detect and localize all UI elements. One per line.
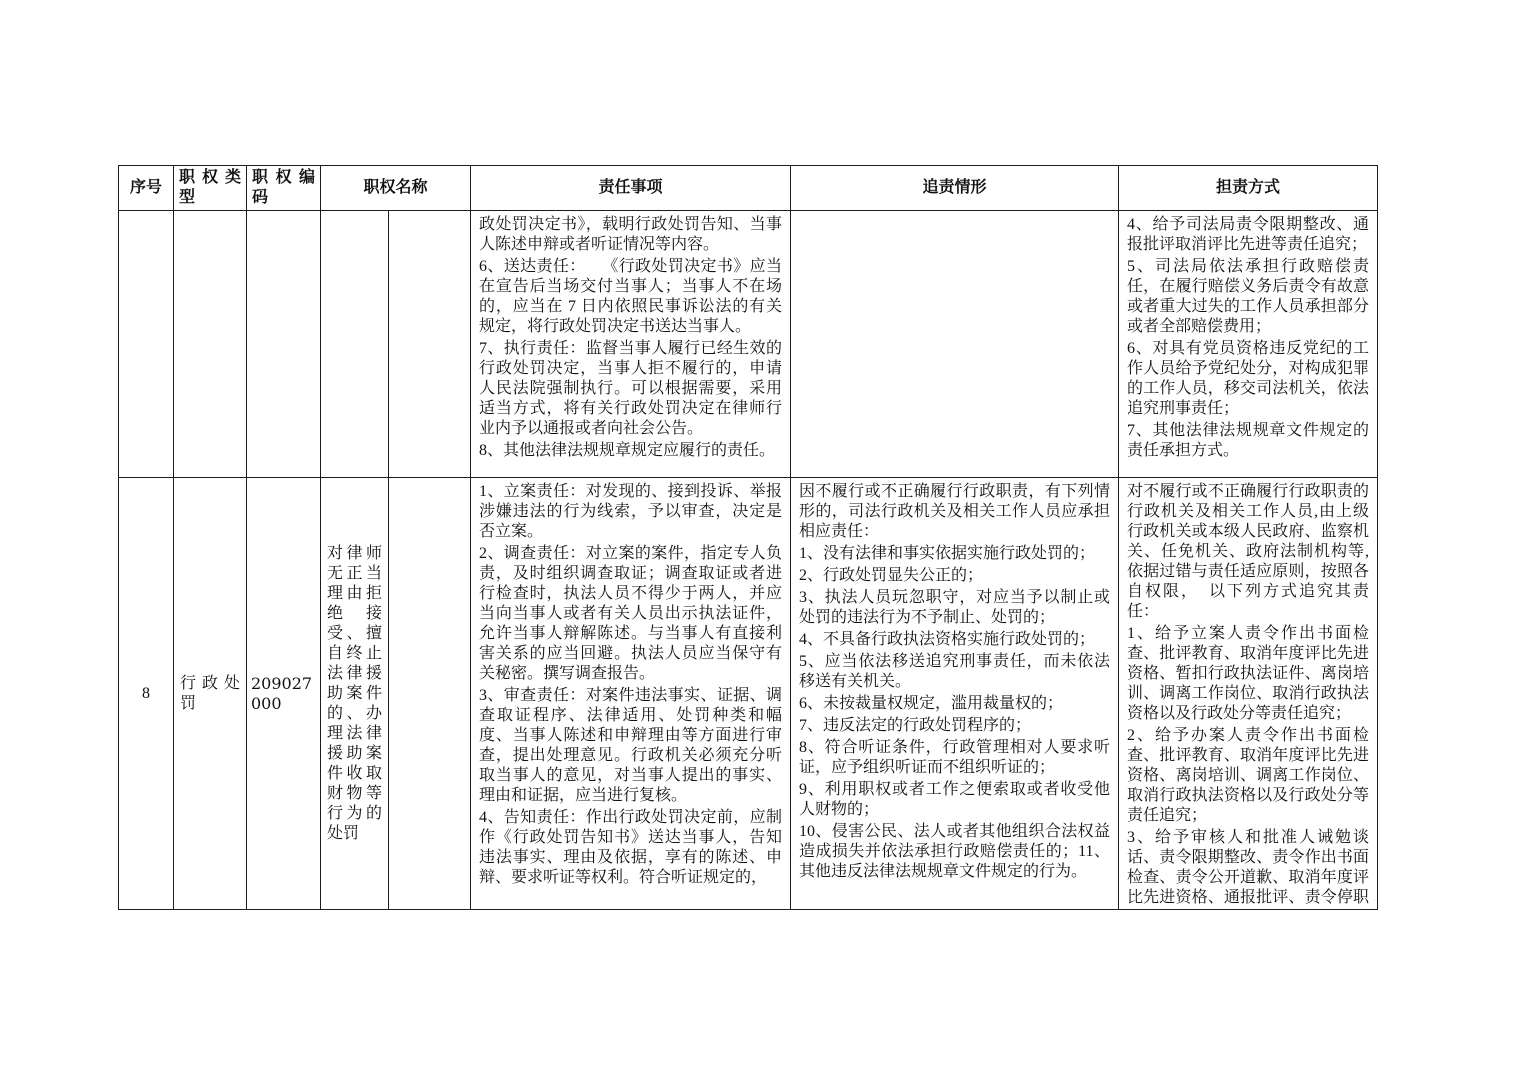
accountability-paragraphs [791, 211, 1118, 476]
cell-seq [119, 211, 174, 478]
col-header-accountability: 追责情形 [791, 166, 1119, 211]
paragraph: 6、送达责任： 《行政处罚决定书》应当在宣告后当场交付当事人；当事人不在场的，应… [479, 257, 782, 337]
paragraph: 7、其他法律法规规章文件规定的责任承担方式。 [1127, 421, 1369, 461]
liability-paragraphs: 对不履行或不正确履行行政职责的行政机关及相关工作人员,由上级行政机关或本级人民政… [1119, 478, 1377, 908]
table-row-continuation: 政处罚决定书》，载明行政处罚告知、当事人陈述申辩或者听证情况等内容。6、送达责任… [119, 211, 1378, 478]
paragraph: 6、未按裁量权规定，滥用裁量权的； [799, 694, 1110, 714]
liability-paragraphs: 4、给予司法局责令限期整改、通报批评取消评比先进等责任追究；5、司法局依法承担行… [1119, 211, 1377, 476]
cell-type [174, 211, 247, 478]
cell-type: 行政处罚 [174, 478, 247, 910]
paragraph: 8、其他法律法规规章规定应履行的责任。 [479, 441, 782, 461]
paragraph: 7、执行责任：监督当事人履行已经生效的行政处罚决定，当事人拒不履行的，申请人民法… [479, 339, 782, 439]
paragraph: 因不履行或不正确履行行政职责，有下列情形的，司法行政机关及相关工作人员应承担相应… [799, 482, 1110, 542]
paragraph: 1、没有法律和事实依据实施行政处罚的； [799, 544, 1110, 564]
paragraph: 6、对具有党员资格违反党纪的工作人员给予党纪处分，对构成犯罪的工作人员，移交司法… [1127, 339, 1369, 419]
accountability-paragraphs: 因不履行或不正确履行行政职责，有下列情形的，司法行政机关及相关工作人员应承担相应… [791, 478, 1118, 908]
duty-paragraphs: 1、立案责任：对发现的、接到投诉、举报涉嫌违法的行为线索，予以审查，决定是否立案… [471, 478, 790, 908]
paragraph: 7、违反法定的行政处罚程序的； [799, 716, 1110, 736]
paragraph: 2、给予办案人责令作出书面检查、批评教育、取消年度评比先进资格、离岗培训、调离工… [1127, 726, 1369, 826]
paragraph: 4、不具备行政执法资格实施行政处罚的； [799, 630, 1110, 650]
paragraph: 1、给予立案人责令作出书面检查、批评教育、取消年度评比先进资格、暂扣行政执法证件… [1127, 624, 1369, 724]
col-header-code: 职权编码 [247, 166, 321, 211]
col-header-duty: 责任事项 [471, 166, 791, 211]
cell-code [247, 211, 321, 478]
cell-accountability: 因不履行或不正确履行行政职责，有下列情形的，司法行政机关及相关工作人员应承担相应… [791, 478, 1119, 910]
paragraph: 5、司法局依法承担行政赔偿责任，在履行赔偿义务后责令有故意或者重大过失的工作人员… [1127, 257, 1369, 337]
paragraph: 2、调查责任：对立案的案件，指定专人负责，及时组织调查取证；调查取证或者进行检查… [479, 544, 782, 684]
cell-name-extra [389, 211, 471, 478]
paragraph: 对不履行或不正确履行行政职责的行政机关及相关工作人员,由上级行政机关或本级人民政… [1127, 482, 1369, 622]
paragraph: 2、行政处罚显失公正的； [799, 566, 1110, 586]
col-header-name: 职权名称 [321, 166, 471, 211]
paragraph: 政处罚决定书》，载明行政处罚告知、当事人陈述申辩或者听证情况等内容。 [479, 215, 782, 255]
col-header-seq: 序号 [119, 166, 174, 211]
paragraph: 3、给予审核人和批准人诫勉谈话、责令限期整改、责令作出书面检查、责令公开道歉、取… [1127, 828, 1369, 908]
paragraph: 9、利用职权或者工作之便索取或者收受他人财物的； [799, 780, 1110, 820]
cell-accountability [791, 211, 1119, 478]
cell-duty: 1、立案责任：对发现的、接到投诉、举报涉嫌违法的行为线索，予以审查，决定是否立案… [471, 478, 791, 910]
table-row-8: 8 行政处罚 209027000 对律师无正当理由拒绝 接受、擅自终止法律援助案… [119, 478, 1378, 910]
cell-liability: 对不履行或不正确履行行政职责的行政机关及相关工作人员,由上级行政机关或本级人民政… [1119, 478, 1378, 910]
paragraph: 3、审查责任：对案件违法事实、证据、调查取证程序、法律适用、处罚种类和幅度、当事… [479, 686, 782, 806]
cell-name-extra [389, 478, 471, 910]
cell-name: 对律师无正当理由拒绝 接受、擅自终止法律援助案件的、办理法律援助案件收取财物等行… [321, 478, 389, 910]
cell-seq: 8 [119, 478, 174, 910]
page: 序号 职权类型 职权编码 职权名称 责任事项 追责情形 担责方式 政处罚决定书》… [0, 0, 1520, 1074]
cell-duty: 政处罚决定书》，载明行政处罚告知、当事人陈述申辩或者听证情况等内容。6、送达责任… [471, 211, 791, 478]
paragraph: 10、侵害公民、法人或者其他组织合法权益造成损失并依法承担行政赔偿责任的；11、… [799, 822, 1110, 882]
paragraph: 5、应当依法移送追究刑事责任，而未依法移送有关机关。 [799, 652, 1110, 692]
duty-paragraphs: 政处罚决定书》，载明行政处罚告知、当事人陈述申辩或者听证情况等内容。6、送达责任… [471, 211, 790, 476]
cell-code: 209027000 [247, 478, 321, 910]
cell-liability: 4、给予司法局责令限期整改、通报批评取消评比先进等责任追究；5、司法局依法承担行… [1119, 211, 1378, 478]
col-header-type: 职权类型 [174, 166, 247, 211]
authority-table: 序号 职权类型 职权编码 职权名称 责任事项 追责情形 担责方式 政处罚决定书》… [118, 165, 1378, 910]
header-row: 序号 职权类型 职权编码 职权名称 责任事项 追责情形 担责方式 [119, 166, 1378, 211]
paragraph: 3、执法人员玩忽职守，对应当予以制止或处罚的违法行为不予制止、处罚的； [799, 588, 1110, 628]
cell-name [321, 211, 389, 478]
paragraph: 1、立案责任：对发现的、接到投诉、举报涉嫌违法的行为线索，予以审查，决定是否立案… [479, 482, 782, 542]
paragraph: 8、符合听证条件，行政管理相对人要求听证，应予组织听证而不组织听证的； [799, 738, 1110, 778]
paragraph: 4、告知责任：作出行政处罚决定前，应制作《行政处罚告知书》送达当事人，告知违法事… [479, 808, 782, 888]
col-header-liability: 担责方式 [1119, 166, 1378, 211]
paragraph: 4、给予司法局责令限期整改、通报批评取消评比先进等责任追究； [1127, 215, 1369, 255]
